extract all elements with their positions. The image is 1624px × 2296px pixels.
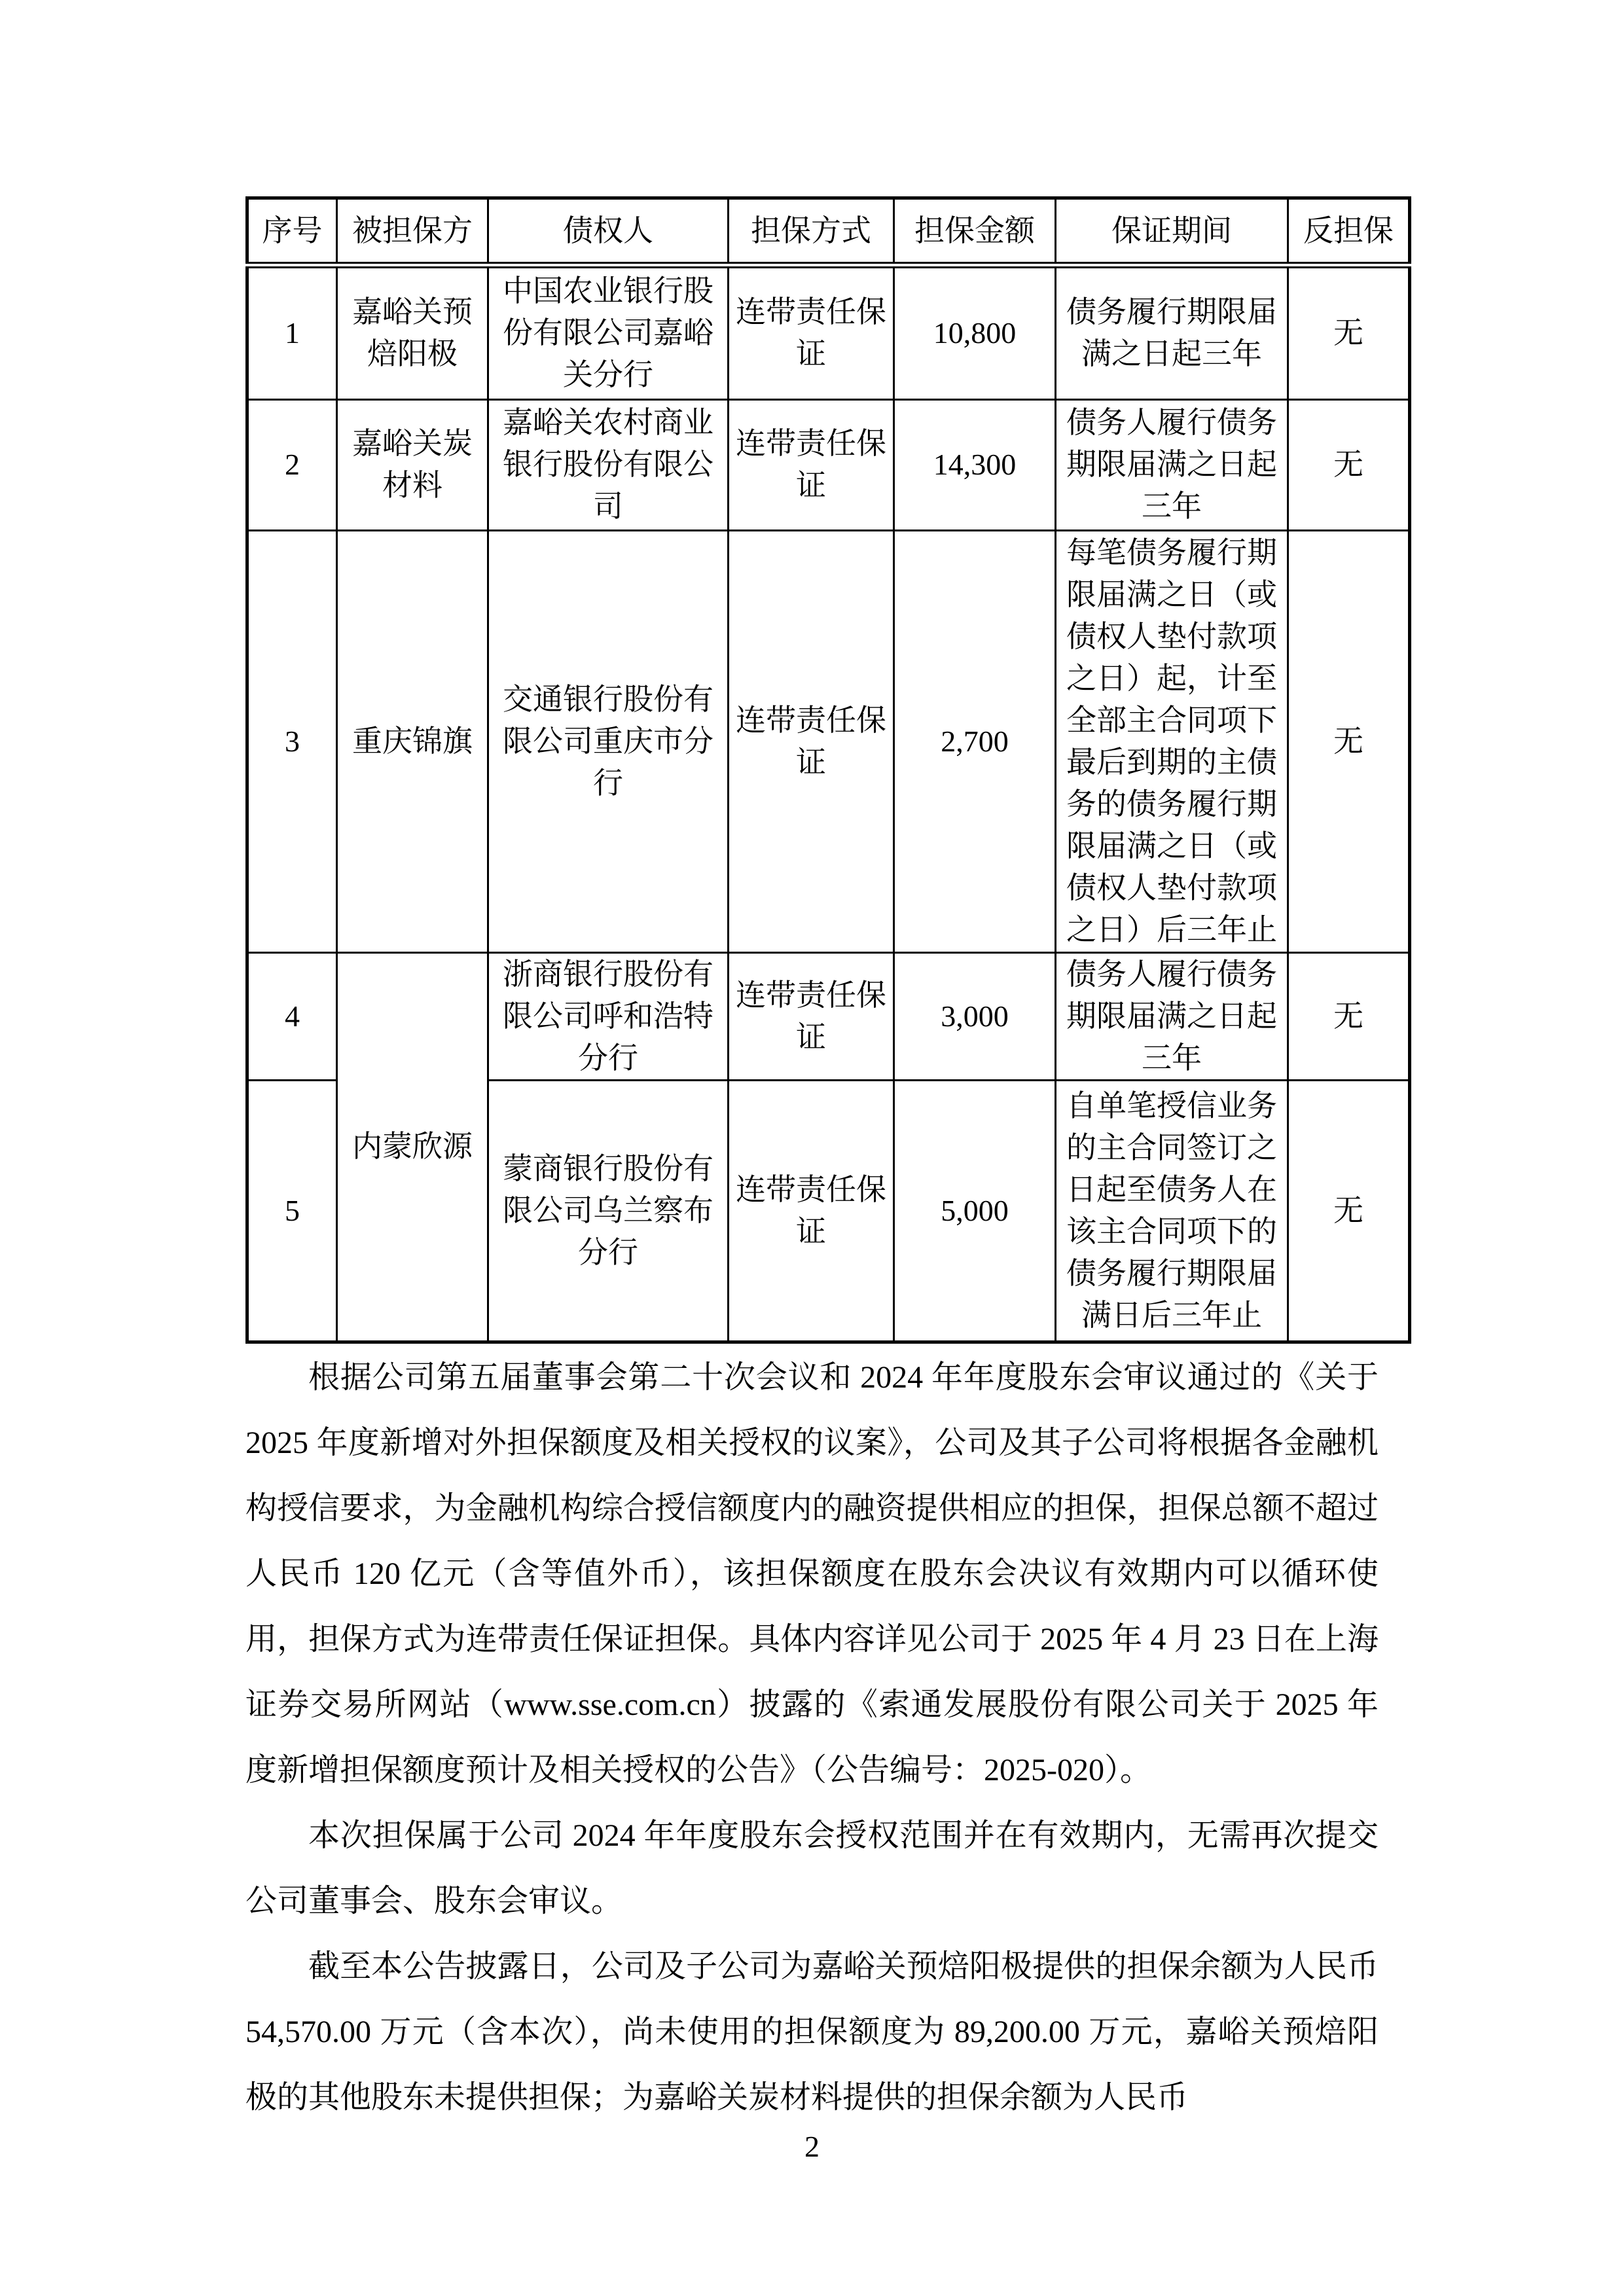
cell-guaranteed-merged: 内蒙欣源 — [337, 952, 488, 1342]
cell-counter: 无 — [1288, 530, 1410, 952]
cell-guaranteed: 嘉峪关炭材料 — [337, 399, 488, 530]
cell-amount: 3,000 — [894, 952, 1056, 1080]
table-row: 3 重庆锦旗 交通银行股份有限公司重庆市分行 连带责任保证 2,700 每笔债务… — [247, 530, 1410, 952]
table-body: 1 嘉峪关预焙阳极 中国农业银行股份有限公司嘉峪关分行 连带责任保证 10,80… — [247, 265, 1410, 1342]
guarantee-table-grid: 序号 被担保方 债权人 担保方式 担保金额 保证期间 反担保 1 嘉峪关预焙阳极… — [245, 196, 1411, 1344]
cell-period: 债务履行期限届满之日起三年 — [1056, 265, 1288, 399]
cell-amount: 14,300 — [894, 399, 1056, 530]
cell-creditor: 交通银行股份有限公司重庆市分行 — [488, 530, 729, 952]
cell-period: 每笔债务履行期限届满之日（或债权人垫付款项之日）起，计至全部主合同项下最后到期的… — [1056, 530, 1288, 952]
cell-no: 2 — [247, 399, 337, 530]
header-creditor: 债权人 — [488, 198, 729, 266]
paragraph-approval: 根据公司第五届董事会第二十次会议和 2024 年年度股东会审议通过的《关于 20… — [245, 1345, 1379, 1803]
header-method: 担保方式 — [729, 198, 894, 266]
cell-creditor: 浙商银行股份有限公司呼和浩特分行 — [488, 952, 729, 1080]
cell-guaranteed: 重庆锦旗 — [337, 530, 488, 952]
cell-period: 债务人履行债务期限届满之日起三年 — [1056, 952, 1288, 1080]
cell-period: 债务人履行债务期限届满之日起三年 — [1056, 399, 1288, 530]
cell-method: 连带责任保证 — [729, 1080, 894, 1342]
cell-counter: 无 — [1288, 265, 1410, 399]
cell-amount: 2,700 — [894, 530, 1056, 952]
paragraph-balance: 截至本公告披露日，公司及子公司为嘉峪关预焙阳极提供的担保余额为人民币 54,57… — [245, 1934, 1379, 2130]
paragraph-authorization: 本次担保属于公司 2024 年年度股东会授权范围并在有效期内，无需再次提交公司董… — [245, 1803, 1379, 1934]
cell-counter: 无 — [1288, 399, 1410, 530]
cell-counter: 无 — [1288, 1080, 1410, 1342]
cell-counter: 无 — [1288, 952, 1410, 1080]
header-guaranteed: 被担保方 — [337, 198, 488, 266]
cell-method: 连带责任保证 — [729, 399, 894, 530]
header-counter: 反担保 — [1288, 198, 1410, 266]
guarantee-table: 序号 被担保方 债权人 担保方式 担保金额 保证期间 反担保 1 嘉峪关预焙阳极… — [245, 196, 1408, 1344]
cell-method: 连带责任保证 — [729, 952, 894, 1080]
document-page: 序号 被担保方 债权人 担保方式 担保金额 保证期间 反担保 1 嘉峪关预焙阳极… — [0, 0, 1624, 2296]
cell-creditor: 蒙商银行股份有限公司乌兰察布分行 — [488, 1080, 729, 1342]
cell-method: 连带责任保证 — [729, 530, 894, 952]
table-row: 4 内蒙欣源 浙商银行股份有限公司呼和浩特分行 连带责任保证 3,000 债务人… — [247, 952, 1410, 1080]
page-number: 2 — [0, 2127, 1624, 2166]
cell-no: 4 — [247, 952, 337, 1080]
header-no: 序号 — [247, 198, 337, 266]
table-row: 1 嘉峪关预焙阳极 中国农业银行股份有限公司嘉峪关分行 连带责任保证 10,80… — [247, 265, 1410, 399]
cell-creditor: 嘉峪关农村商业银行股份有限公司 — [488, 399, 729, 530]
table-header-row: 序号 被担保方 债权人 担保方式 担保金额 保证期间 反担保 — [247, 198, 1410, 266]
cell-no: 5 — [247, 1080, 337, 1342]
cell-creditor: 中国农业银行股份有限公司嘉峪关分行 — [488, 265, 729, 399]
cell-no: 1 — [247, 265, 337, 399]
cell-amount: 5,000 — [894, 1080, 1056, 1342]
cell-method: 连带责任保证 — [729, 265, 894, 399]
cell-guaranteed: 嘉峪关预焙阳极 — [337, 265, 488, 399]
table-row: 2 嘉峪关炭材料 嘉峪关农村商业银行股份有限公司 连带责任保证 14,300 债… — [247, 399, 1410, 530]
header-period: 保证期间 — [1056, 198, 1288, 266]
table-header: 序号 被担保方 债权人 担保方式 担保金额 保证期间 反担保 — [247, 198, 1410, 266]
header-amount: 担保金额 — [894, 198, 1056, 266]
body-text: 根据公司第五届董事会第二十次会议和 2024 年年度股东会审议通过的《关于 20… — [245, 1345, 1379, 2130]
cell-period: 自单笔授信业务的主合同签订之日起至债务人在该主合同项下的债务履行期限届满日后三年… — [1056, 1080, 1288, 1342]
cell-amount: 10,800 — [894, 265, 1056, 399]
cell-no: 3 — [247, 530, 337, 952]
